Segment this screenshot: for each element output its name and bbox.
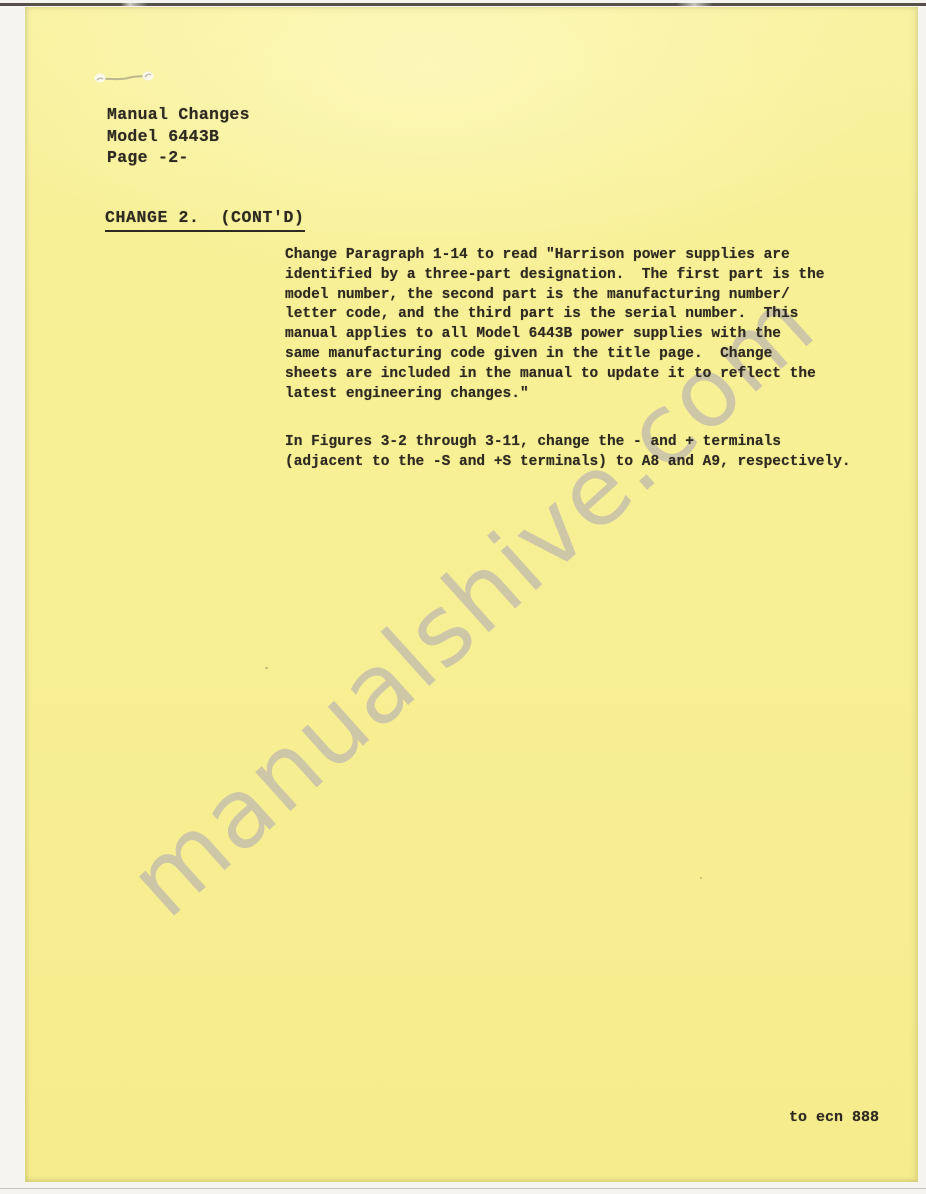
footer-note: to ecn 888 — [789, 1108, 879, 1128]
whiteout-scribble-mark — [88, 68, 160, 88]
scanned-document-page: manualshive.com Manual Changes Model 644… — [0, 0, 926, 1194]
scan-bottom-edge-line — [0, 1188, 926, 1189]
scan-top-edge-line — [0, 3, 926, 6]
paragraph: Change Paragraph 1-14 to read "Harrison … — [285, 246, 825, 404]
paper-speck — [700, 877, 702, 879]
paper-speck — [265, 667, 268, 669]
section-heading: CHANGE 2. (CONT'D) — [105, 208, 305, 232]
document-header: Manual Changes Model 6443B Page -2- — [107, 104, 250, 169]
paragraph: In Figures 3-2 through 3-11, change the … — [285, 433, 851, 473]
